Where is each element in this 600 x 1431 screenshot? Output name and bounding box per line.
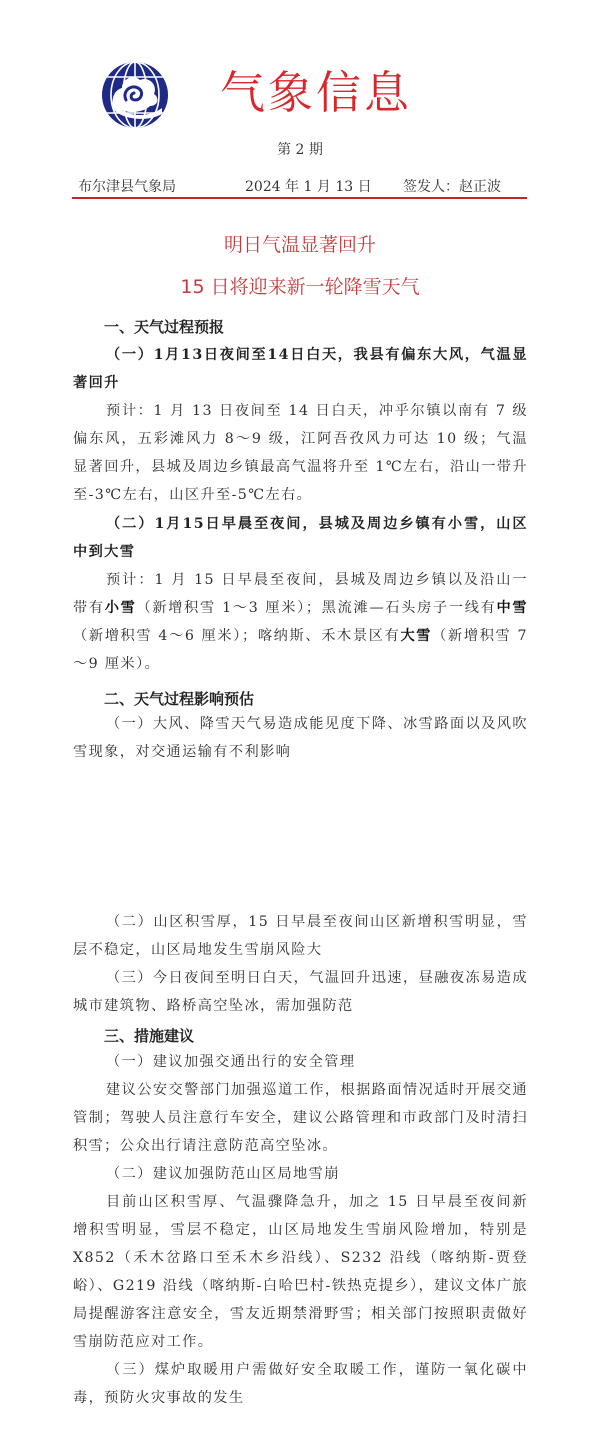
body-text: （新增积雪 1～3 厘米）；黑流滩—石头房子一线有 <box>137 600 497 616</box>
masthead-title: 气象信息 <box>220 58 380 128</box>
meta-row: 布尔津县气象局 2024 年 1 月 13 日 签发人：赵正波 <box>78 176 528 196</box>
section-3-heading: 三、措施建议 <box>104 1025 194 1046</box>
section-3-item-1-body: 建议公安交警部门加强巡道工作，根据路面情况适时开展交通管制；驾驶人员注意行车安全… <box>73 1076 528 1160</box>
moderate-snow-highlight: 中雪 <box>497 600 528 616</box>
section-2-item-3: （三）今日夜间至明日白天，气温回升迅速，昼融夜冻易造成城市建筑物、路桥高空坠冰，… <box>73 964 528 1020</box>
section-2-item-2: （二）山区积雪厚，15 日早晨至夜间山区新增积雪明显，雪层不稳定，山区局地发生雪… <box>73 908 528 964</box>
light-snow-highlight: 小雪 <box>105 600 137 616</box>
section-3-item-2-body: 目前山区积雪厚、气温骤降急升，加之 15 日早晨至夜间新增积雪明显，雪层不稳定，… <box>73 1188 528 1356</box>
signer: 签发人：赵正波 <box>403 176 501 196</box>
section-1-item-1-body: 预计：1 月 13 日夜间至 14 日白天，冲乎尔镇以南有 7 级偏东风，五彩滩… <box>73 397 528 509</box>
section-2-heading: 二、天气过程影响预估 <box>104 688 254 709</box>
heavy-snow-highlight: 大雪 <box>400 628 432 644</box>
section-1-item-2-body: 预计：1 月 15 日早晨至夜间，县城及周边乡镇以及沿山一带有小雪（新增积雪 1… <box>73 566 528 678</box>
issue-number: 第 2 期 <box>0 139 600 159</box>
headline-line-2: 15 日将迎来新一轮降雪天气 <box>0 272 600 299</box>
section-2-item-1: （一）大风、降雪天气易造成能见度下降、冰雪路面以及风吹雪现象，对交通运输有不利影… <box>73 710 528 766</box>
issuing-organization: 布尔津县气象局 <box>78 176 176 196</box>
section-3-item-2-title: （二）建议加强防范山区局地雪崩 <box>73 1160 528 1188</box>
section-3-item-1-title: （一）建议加强交通出行的安全管理 <box>73 1048 528 1076</box>
headline-line-1: 明日气温显著回升 <box>0 230 600 257</box>
weather-bulletin-page: 气象信息 第 2 期 布尔津县气象局 2024 年 1 月 13 日 签发人：赵… <box>0 0 600 1431</box>
body-text: （新增积雪 4～6 厘米）；喀纳斯、禾木景区有 <box>73 628 400 644</box>
cma-logo-icon <box>100 60 170 130</box>
header-divider <box>72 197 527 199</box>
section-1-heading: 一、天气过程预报 <box>104 316 224 337</box>
section-3-item-3: （三）煤炉取暖用户需做好安全取暖工作，谨防一氧化碳中毒，预防火灾事故的发生 <box>73 1356 528 1412</box>
section-1-item-2-title: （二）1月15日早晨至夜间，县城及周边乡镇有小雪，山区中到大雪 <box>73 510 528 566</box>
section-1-item-1-title: （一）1月13日夜间至14日白天，我县有偏东大风，气温显著回升 <box>73 341 528 397</box>
issue-date: 2024 年 1 月 13 日 <box>245 176 372 196</box>
